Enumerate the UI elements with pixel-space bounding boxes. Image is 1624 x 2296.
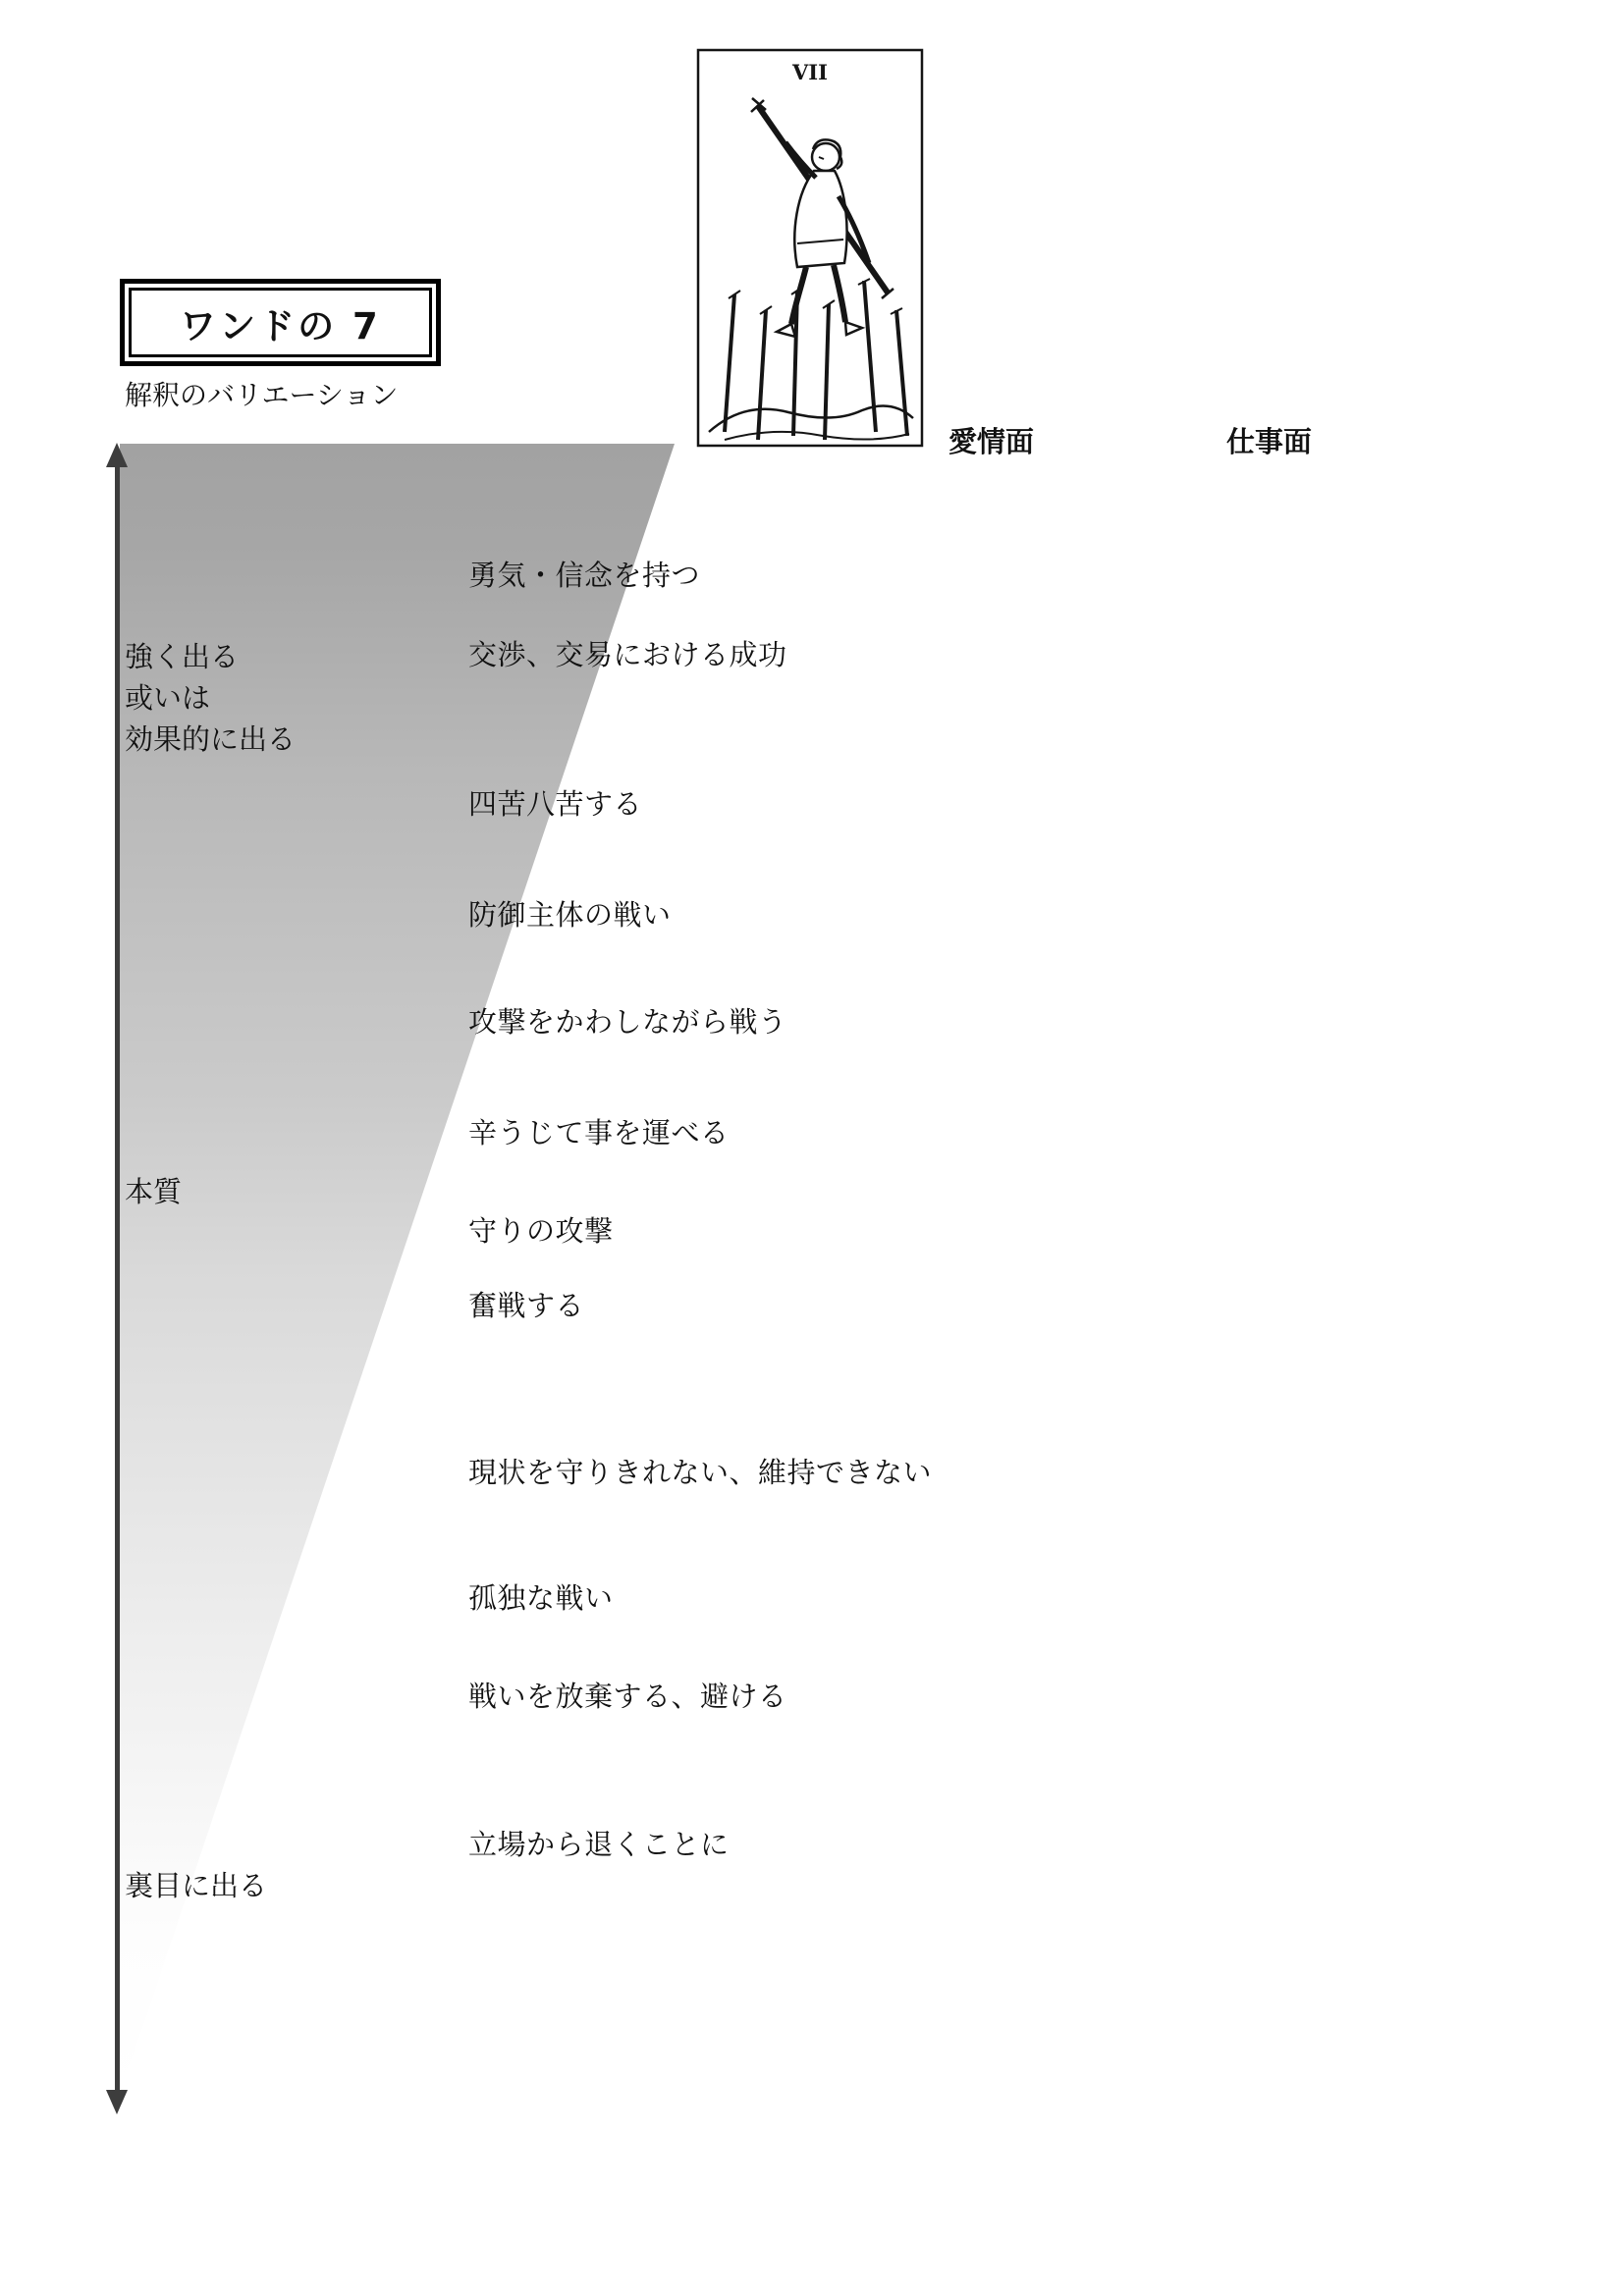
interpretation-item: 辛うじて事を運べる: [468, 1111, 730, 1151]
interpretation-item: 守りの攻撃: [468, 1209, 614, 1250]
interpretation-item: 四苦八苦する: [468, 782, 642, 823]
axis-arrow-line: [115, 463, 120, 2093]
axis-label-essence: 本質: [125, 1171, 182, 1212]
interpretation-item: 孤独な戦い: [468, 1576, 614, 1617]
column-header-love: 愛情面: [948, 420, 1034, 460]
interpretation-item: 現状を守りきれない、維持できない: [468, 1451, 932, 1491]
axis-label-reverse: 裏目に出る: [125, 1865, 267, 1906]
axis-label-strong: 強く出る 或いは 効果的に出る: [125, 636, 296, 760]
page-title: ワンドの 7: [180, 296, 381, 349]
interpretation-item: 立場から退くことに: [468, 1823, 730, 1863]
tarot-card: VII: [695, 47, 925, 449]
axis-arrowhead-down-icon: [106, 2090, 128, 2114]
title-box: ワンドの 7: [120, 279, 441, 366]
column-header-work: 仕事面: [1226, 420, 1312, 460]
tarot-card-image: VII: [695, 47, 925, 449]
interpretation-item: 戦いを放棄する、避ける: [468, 1675, 787, 1715]
interpretation-item: 攻撃をかわしながら戦う: [468, 1000, 787, 1041]
page: VII: [0, 0, 1624, 2296]
subtitle: 解釈のバリエーション: [125, 374, 398, 413]
interpretation-item: 防御主体の戦い: [468, 893, 672, 934]
title-box-inner-frame: ワンドの 7: [129, 288, 432, 357]
interpretation-item: 奮戦する: [468, 1284, 584, 1324]
interpretation-item: 交渉、交易における成功: [468, 633, 787, 673]
card-numeral: VII: [791, 60, 828, 84]
interpretation-item: 勇気・信念を持つ: [468, 554, 700, 594]
